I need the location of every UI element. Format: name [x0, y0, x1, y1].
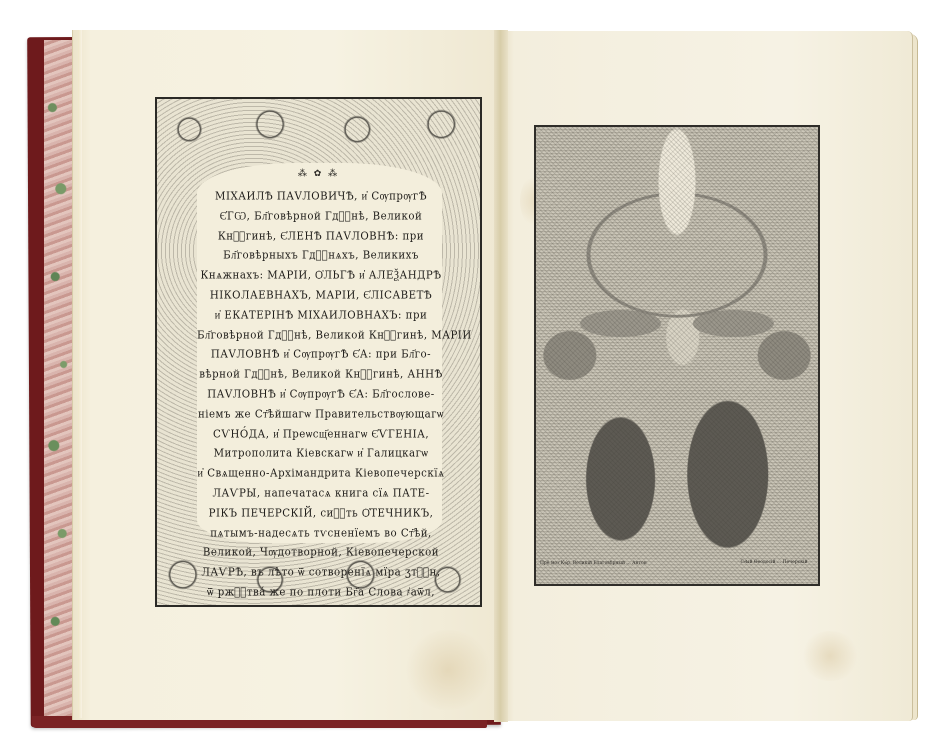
vignette-ornament: ⁂ ✿ ⁂ [157, 169, 480, 179]
text-line: Індікта ѕ҃, Мцⷭ҇а Септемврїа. [197, 602, 445, 607]
text-line: МІХАИЛѢ ПАVЛОВИЧѢ, и҆ СѹпрѹгѢ [197, 186, 445, 208]
left-page-edge [78, 30, 82, 718]
paper-stain [403, 630, 493, 710]
dedication-text: МІХАИЛѢ ПАVЛОВИЧѢ, и҆ СѹпрѹгѢ Є҆ГѠ, Бл҃г… [197, 187, 445, 607]
text-line: и҆ ЕКАТЕРІНѢ МІХАИЛОВНАХЪ: при [197, 305, 445, 327]
text-line: ПАVЛОВНѢ и҆ СѹпрѹгѢ Є҆А: Бл҃гослове- [197, 384, 445, 406]
text-line: ніемъ же Ст҃ѣйшагѡ Правительствѹющагѡ [197, 404, 445, 426]
text-line: НІКОЛАЕВНАХЪ, МАРІИ, Є҆ЛІСАВЕТѢ [197, 285, 445, 307]
text-line: ЛАѴРѢ, въ лѣто ѿ сотворенїѧ мїра ӡтⷰ҇н, [197, 562, 445, 584]
marbled-endpaper [44, 40, 72, 716]
caption-left: Пре̑ мол҃ Кѡ́р. Великій Благовѣ́рный ...… [540, 560, 647, 566]
text-line: Є҆ГѠ, Бл҃говѣрной Гдⷬ҇нѣ, Великой [197, 206, 445, 228]
woodcut-illustration: Пре̑ мол҃ Кѡ́р. Великій Благовѣ́рный ...… [534, 125, 820, 586]
text-line: ЛАѴРЫ, напечатасѧ книга сїѧ ПАТЕ- [197, 483, 445, 505]
text-line: ѿ ржⷭ҇тва́ же по плоти Бг҃а Слова ҂аѿл, [197, 582, 445, 604]
caption-right: Ст҃ый Ѳеодосій ... Печерскій [734, 560, 814, 566]
paper-stain [800, 631, 860, 681]
text-line: РІКЪ ПЕЧЕРСКІЙ, сиⷭ҇ть Ѻ҆ТЕЧНИКЪ, [197, 503, 445, 525]
ornamental-border-frame: ⁂ ✿ ⁂ МІХАИЛѢ ПАVЛОВИЧѢ, и҆ СѹпрѹгѢ Є҆ГѠ… [155, 97, 482, 607]
book-gutter [494, 30, 508, 722]
engraving-texture [536, 127, 818, 584]
